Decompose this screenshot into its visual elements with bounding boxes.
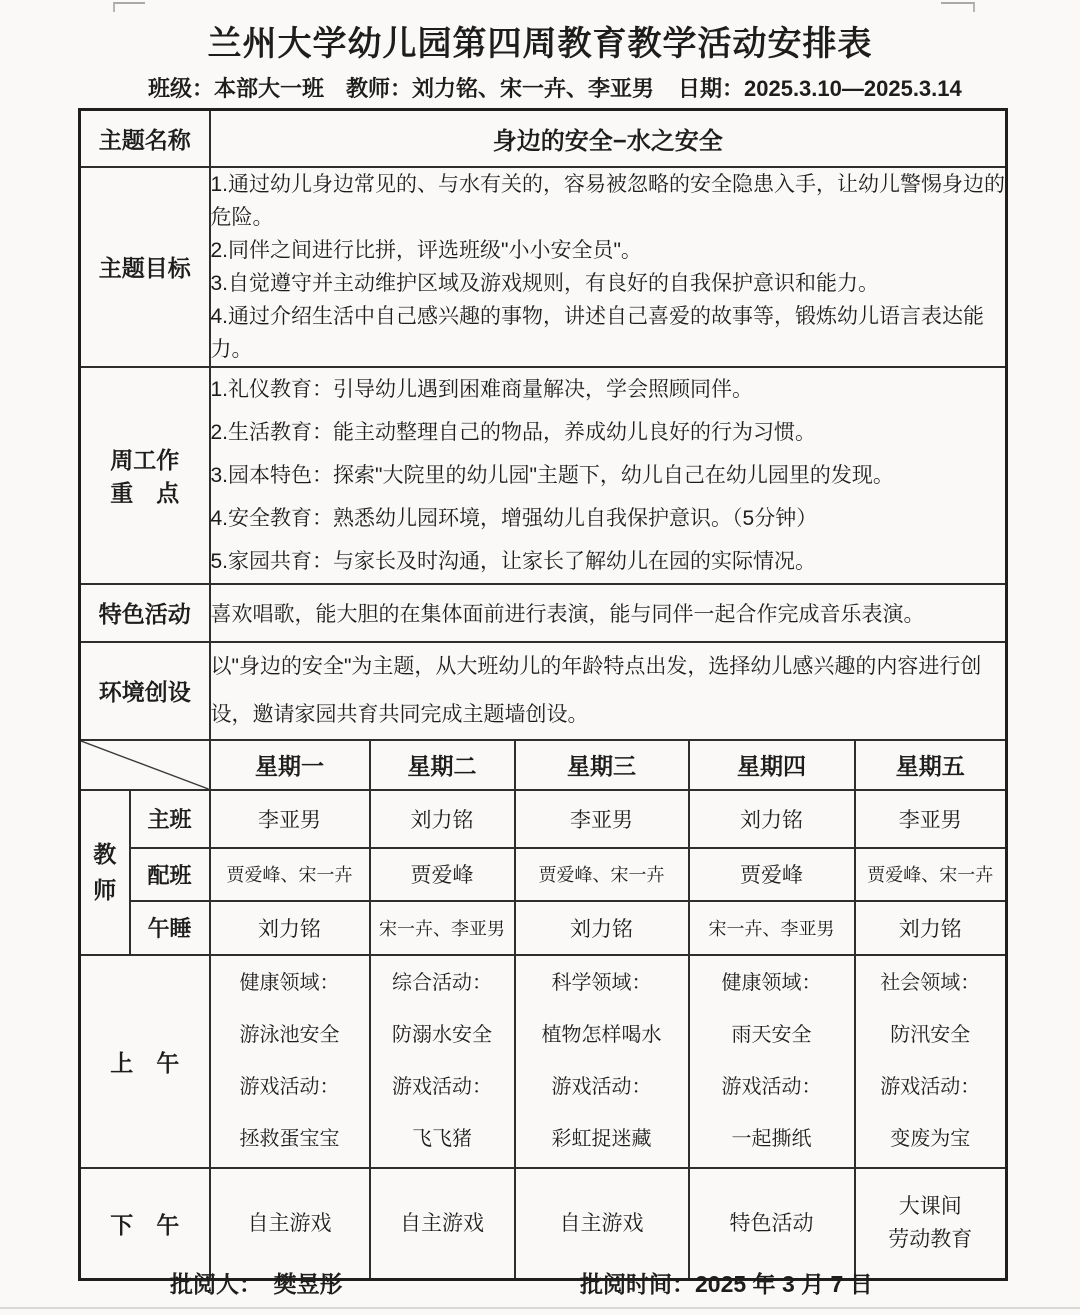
footer-row: 批阅人： 樊昱彤 批阅时间：2025 年 3 月 7 日 <box>0 1260 1080 1300</box>
environment-label: 环境创设 <box>80 642 210 740</box>
row-main-teacher: 教 师 主班 李亚男 刘力铭 李亚男 刘力铭 李亚男 <box>80 790 1007 848</box>
theme-name-value: 身边的安全−水之安全 <box>210 110 1007 167</box>
page-bottom-edge <box>0 1307 1080 1309</box>
diagonal-divider-icon <box>81 741 209 789</box>
nap-teacher-fri: 刘力铭 <box>855 901 1007 955</box>
weekday-tuesday: 星期二 <box>370 740 515 790</box>
theme-goals-label: 主题目标 <box>80 167 210 367</box>
morning-thu: 健康领域： 雨天安全 游戏活动： 一起撕纸 <box>689 955 855 1168</box>
role-main-label: 主班 <box>130 790 210 848</box>
role-nap-label: 午睡 <box>130 901 210 955</box>
weekday-monday: 星期一 <box>210 740 370 790</box>
row-morning: 上 午 健康领域： 游泳池安全 游戏活动： 拯救蛋宝宝 综合活动： 防溺水安全 … <box>80 955 1007 1168</box>
class-label: 班级：本部大一班 <box>148 72 324 103</box>
assist-teacher-tue: 贾爱峰 <box>370 848 515 901</box>
weekday-thursday: 星期四 <box>689 740 855 790</box>
row-nap-teacher: 午睡 刘力铭 宋一卉、李亚男 刘力铭 宋一卉、李亚男 刘力铭 <box>80 901 1007 955</box>
diagonal-cell <box>80 740 210 790</box>
teachers-label: 教师：刘力铭、宋一卉、李亚男 <box>346 72 654 103</box>
morning-mon: 健康领域： 游泳池安全 游戏活动： 拯救蛋宝宝 <box>210 955 370 1168</box>
subtitle-row: 班级：本部大一班 教师：刘力铭、宋一卉、李亚男 日期：2025.3.10—202… <box>0 72 1080 102</box>
main-teacher-wed: 李亚男 <box>515 790 689 848</box>
main-teacher-mon: 李亚男 <box>210 790 370 848</box>
weekday-wednesday: 星期三 <box>515 740 689 790</box>
page-title: 兰州大学幼儿园第四周教育教学活动安排表 <box>0 16 1080 65</box>
row-environment: 环境创设 以"身边的安全"为主题，从大班幼儿的年龄特点出发，选择幼儿感兴趣的内容… <box>80 642 1007 740</box>
morning-tue: 综合活动： 防溺水安全 游戏活动： 飞飞猪 <box>370 955 515 1168</box>
row-weekday-header: 星期一 星期二 星期三 星期四 星期五 <box>80 740 1007 790</box>
morning-label: 上 午 <box>80 955 210 1168</box>
nap-teacher-mon: 刘力铭 <box>210 901 370 955</box>
row-special-activity: 特色活动 喜欢唱歌，能大胆的在集体面前进行表演，能与同伴一起合作完成音乐表演。 <box>80 584 1007 642</box>
morning-fri: 社会领域： 防汛安全 游戏活动： 变废为宝 <box>855 955 1007 1168</box>
theme-goals-text: 1.通过幼儿身边常见的、与水有关的，容易被忽略的安全隐患入手，让幼儿警惕身边的危… <box>210 167 1007 367</box>
review-time-label: 批阅时间：2025 年 3 月 7 日 <box>580 1266 873 1299</box>
environment-text: 以"身边的安全"为主题，从大班幼儿的年龄特点出发，选择幼儿感兴趣的内容进行创设，… <box>210 642 1007 740</box>
nap-teacher-wed: 刘力铭 <box>515 901 689 955</box>
morning-wed: 科学领域： 植物怎样喝水 游戏活动： 彩虹捉迷藏 <box>515 955 689 1168</box>
schedule-table: 主题名称 身边的安全−水之安全 主题目标 1.通过幼儿身边常见的、与水有关的，容… <box>78 108 1008 1281</box>
special-activity-label: 特色活动 <box>80 584 210 642</box>
crop-mark-top-left <box>113 2 145 12</box>
assist-teacher-fri: 贾爱峰、宋一卉 <box>855 848 1007 901</box>
row-assist-teacher: 配班 贾爱峰、宋一卉 贾爱峰 贾爱峰、宋一卉 贾爱峰 贾爱峰、宋一卉 <box>80 848 1007 901</box>
nap-teacher-thu: 宋一卉、李亚男 <box>689 901 855 955</box>
row-theme-name: 主题名称 身边的安全−水之安全 <box>80 110 1007 167</box>
nap-teacher-tue: 宋一卉、李亚男 <box>370 901 515 955</box>
assist-teacher-mon: 贾爱峰、宋一卉 <box>210 848 370 901</box>
crop-mark-top-right <box>941 2 975 12</box>
special-activity-text: 喜欢唱歌，能大胆的在集体面前进行表演，能与同伴一起合作完成音乐表演。 <box>210 584 1007 642</box>
reviewer-label: 批阅人： 樊昱彤 <box>170 1266 343 1299</box>
assist-teacher-thu: 贾爱峰 <box>689 848 855 901</box>
row-week-focus: 周工作 重 点 1.礼仪教育：引导幼儿遇到困难商量解决，学会照顾同伴。 2.生活… <box>80 367 1007 584</box>
theme-name-label: 主题名称 <box>80 110 210 167</box>
date-label: 日期：2025.3.10—2025.3.14 <box>678 72 962 103</box>
teacher-group-label: 教 师 <box>80 790 130 955</box>
week-focus-label: 周工作 重 点 <box>80 367 210 584</box>
main-teacher-fri: 李亚男 <box>855 790 1007 848</box>
row-theme-goals: 主题目标 1.通过幼儿身边常见的、与水有关的，容易被忽略的安全隐患入手，让幼儿警… <box>80 167 1007 367</box>
main-teacher-tue: 刘力铭 <box>370 790 515 848</box>
main-teacher-thu: 刘力铭 <box>689 790 855 848</box>
role-assist-label: 配班 <box>130 848 210 901</box>
weekday-friday: 星期五 <box>855 740 1007 790</box>
assist-teacher-wed: 贾爱峰、宋一卉 <box>515 848 689 901</box>
week-focus-text: 1.礼仪教育：引导幼儿遇到困难商量解决，学会照顾同伴。 2.生活教育：能主动整理… <box>210 367 1007 584</box>
